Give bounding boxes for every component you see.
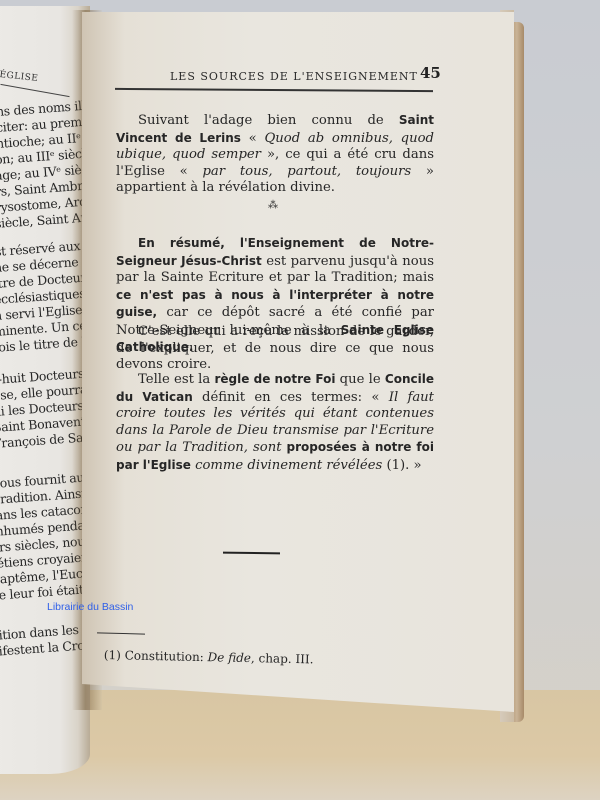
bold-text: règle de notre Foi xyxy=(214,372,335,386)
page-number: 45 xyxy=(420,64,441,82)
head-rule xyxy=(115,88,433,92)
footnote-text: , chap. III. xyxy=(251,651,314,666)
paragraph-regle: Telle est la règle de notre Foi que le C… xyxy=(116,371,434,474)
text: « xyxy=(241,131,265,146)
footnote-rule xyxy=(97,632,145,634)
text: (1). » xyxy=(382,458,421,473)
right-page-content: Les sources de l'enseignement 45 Suivant… xyxy=(0,0,600,800)
text: Telle est la xyxy=(138,372,214,387)
asterism-separator: ⁂ xyxy=(268,202,278,210)
text: Suivant l'adage bien connu de xyxy=(138,113,399,128)
section-end-rule xyxy=(223,552,280,555)
footnote: (1) Constitution: De fide, chap. III. xyxy=(104,648,314,666)
watermark: Librairie du Bassin xyxy=(47,601,133,613)
text: définit en ces termes: « xyxy=(193,390,389,405)
italic-quote: comme divinement révélées xyxy=(195,458,382,473)
footnote-marker: (1) Constitution: xyxy=(104,648,208,664)
footnote-title: De fide xyxy=(207,650,251,665)
paragraph-adage: Suivant l'adage bien connu de Saint Vinc… xyxy=(116,112,434,197)
paragraph-mission: C'est elle qui a reçu la mission de le g… xyxy=(116,324,434,374)
text: que le xyxy=(335,372,384,387)
text: C'est elle qui a reçu la mission de le g… xyxy=(116,324,434,372)
italic-quote: par tous, partout, toujours xyxy=(202,164,411,179)
running-head: Les sources de l'enseignement xyxy=(170,70,418,83)
